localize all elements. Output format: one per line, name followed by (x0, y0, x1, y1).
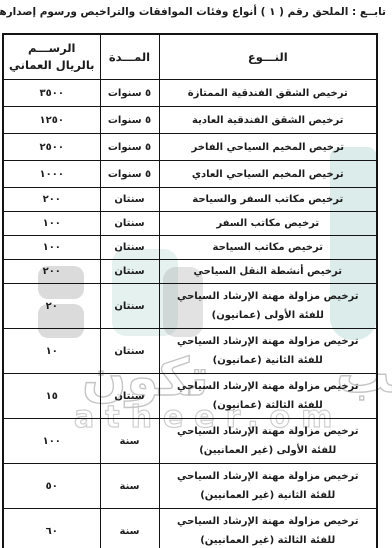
table-row: ترخيص مكاتب السياحة سنتان ١٠٠ (3, 236, 377, 260)
type-line1: ترخيص مزاولة مهنة الإرشاد السياحي (162, 514, 375, 530)
fee-cell: ١٠٠ (3, 212, 100, 236)
fee-cell: ١٠٠ (3, 419, 100, 464)
duration-cell: سنتان (100, 188, 159, 212)
type-cell: ترخيص مكاتب السفر والسياحة (159, 188, 377, 212)
duration-cell: سنتان (100, 284, 159, 329)
type-line1: ترخيص مزاولة مهنة الإرشاد السياحي (162, 334, 375, 350)
duration-cell: سنة (100, 509, 159, 548)
duration-cell: سنتان (100, 329, 159, 374)
table-row: ترخيص مزاولة مهنة الإرشاد السياحي للفئة … (3, 464, 377, 509)
document-page: حب تكون atheer.om تابــع : الملحق رقم ( … (0, 0, 392, 548)
table-row: ترخيص مكاتب السفر سنتان ١٠٠ (3, 212, 377, 236)
table-row: ترخيص مزاولة مهنة الإرشاد السياحي للفئة … (3, 419, 377, 464)
duration-cell: سنتان (100, 236, 159, 260)
type-cell: ترخيص مكاتب السياحة (159, 236, 377, 260)
fee-cell: ٣٥٠٠ (3, 80, 100, 107)
fee-column-header: الرســـم بالريال العماني (3, 34, 100, 80)
table-row: ترخيص مزاولة مهنة الإرشاد السياحي للفئة … (3, 509, 377, 548)
type-cell: ترخيص مزاولة مهنة الإرشاد السياحي للفئة … (159, 374, 377, 419)
fee-cell: ١٠ (3, 329, 100, 374)
fee-cell: ٢٥٠٠ (3, 134, 100, 161)
type-cell: ترخيص مزاولة مهنة الإرشاد السياحي للفئة … (159, 419, 377, 464)
type-line1: ترخيص مزاولة مهنة الإرشاد السياحي (162, 424, 375, 440)
fee-header-line2: بالريال العماني (6, 57, 98, 74)
type-cell: ترخيص مزاولة مهنة الإرشاد السياحي للفئة … (159, 329, 377, 374)
type-cell: ترخيص المخيم السياحي الفاخر (159, 134, 377, 161)
type-cell: ترخيص مزاولة مهنة الإرشاد السياحي للفئة … (159, 509, 377, 548)
fee-cell: ١٢٥٠ (3, 107, 100, 134)
duration-cell: سنة (100, 419, 159, 464)
fee-cell: ٦٠ (3, 509, 100, 548)
fee-cell: ٢٠ (3, 284, 100, 329)
fee-cell: ٢٠٠ (3, 188, 100, 212)
type-line2: للفئة الثانية (غير العمانيين) (162, 488, 375, 504)
type-line1: ترخيص مزاولة مهنة الإرشاد السياحي (162, 469, 375, 485)
page-title: تابــع : الملحق رقم ( ١ ) أنواع وفئات ال… (4, 6, 386, 18)
table-row: ترخيص مزاولة مهنة الإرشاد السياحي للفئة … (3, 374, 377, 419)
duration-cell: سنة (100, 464, 159, 509)
type-cell: ترخيص أنشطة النقل السياحي (159, 260, 377, 284)
duration-column-header: المـــدة (100, 34, 159, 80)
type-line1: ترخيص مزاولة مهنة الإرشاد السياحي (162, 289, 375, 305)
table-body: ترخيص الشقق الفندقية الممتازة ٥ سنوات ٣٥… (3, 80, 377, 548)
duration-cell: سنتان (100, 260, 159, 284)
table-row: ترخيص مزاولة مهنة الإرشاد السياحي للفئة … (3, 329, 377, 374)
fee-header-line1: الرســـم (6, 40, 98, 57)
type-cell: ترخيص مزاولة مهنة الإرشاد السياحي للفئة … (159, 464, 377, 509)
fee-cell: ١٠٠ (3, 236, 100, 260)
table-row: ترخيص الشقق الفندقية الممتازة ٥ سنوات ٣٥… (3, 80, 377, 107)
type-line2: للفئة الثانية (عمانيون) (162, 353, 375, 369)
type-cell: ترخيص مكاتب السفر (159, 212, 377, 236)
duration-cell: سنتان (100, 374, 159, 419)
type-cell: ترخيص الشقق الفندقية العادية (159, 107, 377, 134)
table-row: ترخيص المخيم السياحي العادي ٥ سنوات ١٠٠٠ (3, 161, 377, 188)
table-row: ترخيص مكاتب السفر والسياحة سنتان ٢٠٠ (3, 188, 377, 212)
fee-cell: ٥٠ (3, 464, 100, 509)
header-row: النـــوع المـــدة الرســـم بالريال العما… (3, 34, 377, 80)
duration-cell: ٥ سنوات (100, 80, 159, 107)
fee-cell: ٢٠٠ (3, 260, 100, 284)
table-row: ترخيص المخيم السياحي الفاخر ٥ سنوات ٢٥٠٠ (3, 134, 377, 161)
table-row: ترخيص أنشطة النقل السياحي سنتان ٢٠٠ (3, 260, 377, 284)
type-column-header: النـــوع (159, 34, 377, 80)
duration-cell: ٥ سنوات (100, 134, 159, 161)
duration-cell: ٥ سنوات (100, 161, 159, 188)
type-cell: ترخيص مزاولة مهنة الإرشاد السياحي للفئة … (159, 284, 377, 329)
fee-cell: ١٠٠٠ (3, 161, 100, 188)
type-line2: للفئة الثالثة (عمانيون) (162, 398, 375, 414)
table-row: ترخيص الشقق الفندقية العادية ٥ سنوات ١٢٥… (3, 107, 377, 134)
type-line2: للفئة الأولى (عمانيون) (162, 308, 375, 324)
type-cell: ترخيص المخيم السياحي العادي (159, 161, 377, 188)
type-line2: للفئة الثالثة (غير العمانيين) (162, 533, 375, 548)
type-line1: ترخيص مزاولة مهنة الإرشاد السياحي (162, 379, 375, 395)
license-fees-table: النـــوع المـــدة الرســـم بالريال العما… (2, 33, 378, 548)
duration-cell: سنتان (100, 212, 159, 236)
fee-cell: ١٥ (3, 374, 100, 419)
table-row: ترخيص مزاولة مهنة الإرشاد السياحي للفئة … (3, 284, 377, 329)
duration-cell: ٥ سنوات (100, 107, 159, 134)
type-cell: ترخيص الشقق الفندقية الممتازة (159, 80, 377, 107)
type-line2: للفئة الأولى (غير العمانيين) (162, 443, 375, 459)
